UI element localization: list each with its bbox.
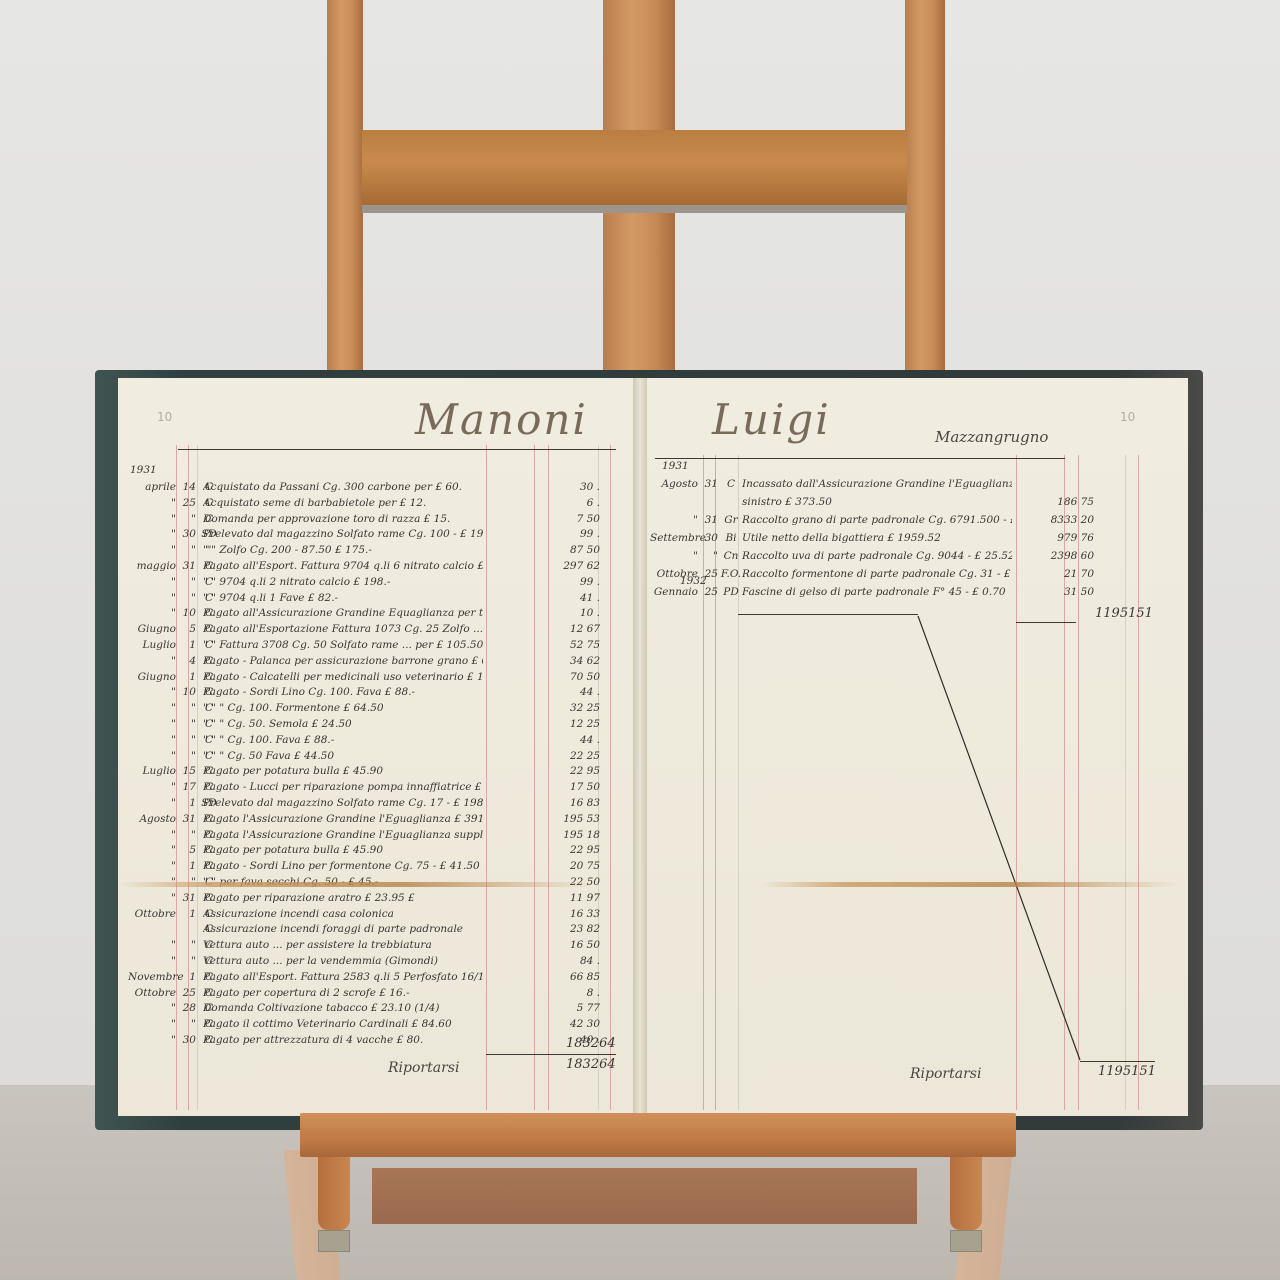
- entry-month: ": [128, 829, 176, 841]
- entry-desc: Raccolto grano di parte padronale Cg. 67…: [742, 514, 1012, 526]
- entry-desc: sinistro £ 373.50: [742, 496, 1012, 508]
- entry-amount: 8333 20: [1034, 514, 1094, 526]
- entry-desc: " " Zolfo Cg. 200 - 87.50 £ 175.-: [203, 544, 483, 556]
- entry-month: ": [128, 939, 176, 951]
- entry-day: 31: [178, 813, 196, 825]
- carry-rule: [1080, 1061, 1155, 1062]
- entry-desc: Pagato per potatura bulla £ 45.90: [203, 765, 483, 777]
- location-note: Mazzangrugno: [935, 428, 1048, 446]
- easel-crossbar-edge: [362, 205, 907, 213]
- entry-day: 25: [178, 987, 196, 999]
- entry-code: C: [720, 478, 742, 490]
- entry-month: ": [128, 955, 176, 967]
- entry-month: ": [128, 497, 176, 509]
- entry-desc: Pagato per riparazione aratro £ 23.95 £: [203, 892, 483, 904]
- entry-desc: Domanda per approvazione toro di razza £…: [203, 513, 483, 525]
- entry-day: 31: [700, 514, 718, 526]
- ruling-line: [486, 445, 487, 1110]
- water-stain: [760, 882, 1180, 887]
- entry-day: 30: [178, 1034, 196, 1046]
- entry-month: Ottobre: [128, 908, 176, 920]
- entry-desc: Raccolto formentone di parte padronale C…: [742, 568, 1012, 580]
- entry-desc: Pagato l'Assicurazione Grandine l'Eguagl…: [203, 813, 483, 825]
- entry-day: ": [178, 702, 196, 714]
- entry-month: ": [128, 592, 176, 604]
- entry-desc: Assicurazione incendi casa colonica: [203, 908, 483, 920]
- header-rule: [178, 449, 616, 450]
- entry-amount: 12 25: [540, 718, 600, 730]
- entry-day: 17: [178, 781, 196, 793]
- entry-desc: " " " Cg. 50 Fava £ 44.50: [203, 750, 483, 762]
- subtotal-rule: [1016, 622, 1076, 623]
- left-subtotal: 183264: [566, 1036, 616, 1051]
- entry-month: ": [650, 514, 698, 526]
- entry-desc: Pagato - Sordi Lino Cg. 100. Fava £ 88.-: [203, 686, 483, 698]
- entry-desc: Assicurazione incendi foraggi di parte p…: [203, 923, 483, 935]
- entry-day: 25: [700, 568, 718, 580]
- entry-amount: 22 95: [540, 844, 600, 856]
- entry-month: ": [128, 750, 176, 762]
- entry-desc: Pagato per copertura di 2 scrofe £ 16.-: [203, 987, 483, 999]
- entry-month: Ottobre: [650, 568, 698, 580]
- entry-amount: 44 .: [540, 686, 600, 698]
- entry-code: F.O.: [720, 568, 742, 580]
- subtotal-rule: [486, 1054, 616, 1055]
- entry-month: maggio: [128, 560, 176, 572]
- left-carry-total: 183264: [566, 1057, 616, 1072]
- entry-desc: Pagato all'Esport. Fattura 9704 q.li 6 n…: [203, 560, 483, 572]
- entry-day: 5: [178, 623, 196, 635]
- entry-day: 10: [178, 607, 196, 619]
- entry-desc: Pagato - Sordi Lino per formentone Cg. 7…: [203, 860, 483, 872]
- entry-month: Novembre: [128, 971, 176, 983]
- entry-day: ": [178, 955, 196, 967]
- entry-amount: 979 76: [1034, 532, 1094, 544]
- entry-desc: Domanda Coltivazione tabacco £ 23.10 (1/…: [203, 1002, 483, 1014]
- entry-day: 4: [178, 655, 196, 667]
- entry-desc: Pagato all'Esport. Fattura 2583 q.li 5 P…: [203, 971, 483, 983]
- entry-amount: 42 30: [540, 1018, 600, 1030]
- entry-month: ": [128, 544, 176, 556]
- entry-day: 1: [178, 971, 196, 983]
- entry-amount: 17 50: [540, 781, 600, 793]
- entry-code: Cn: [720, 550, 742, 562]
- entry-month: Gennaio: [650, 586, 698, 598]
- easel-left-hinge: [318, 1230, 350, 1252]
- entry-amount: 22 25: [540, 750, 600, 762]
- entry-month: ": [650, 550, 698, 562]
- entry-day: ": [178, 718, 196, 730]
- entry-day: 30: [700, 532, 718, 544]
- entry-month: Agosto: [128, 813, 176, 825]
- entry-amount: 99 .: [540, 528, 600, 540]
- left-page-number: 10: [157, 410, 172, 424]
- right-header-firstname: Luigi: [712, 395, 831, 444]
- entry-amount: 22 95: [540, 765, 600, 777]
- right-carry-total: 1195151: [1098, 1064, 1156, 1079]
- entry-day: 5: [178, 844, 196, 856]
- entry-amount: 186 75: [1034, 496, 1094, 508]
- entry-desc: Raccolto uva di parte padronale Cg. 9044…: [742, 550, 1012, 562]
- entry-desc: Pagato - Calcatelli per medicinali uso v…: [203, 671, 483, 683]
- entry-desc: " " Fattura 3708 Cg. 50 Solfato rame ...…: [203, 639, 483, 651]
- entry-desc: Acquistato da Passani Cg. 300 carbone pe…: [203, 481, 483, 493]
- ruling-line: [534, 445, 535, 1110]
- entry-amount: 87 50: [540, 544, 600, 556]
- left-carry-label: Riportarsi: [388, 1060, 459, 1076]
- entry-amount: 297 62: [540, 560, 600, 572]
- entry-day: 15: [178, 765, 196, 777]
- entry-day: ": [178, 592, 196, 604]
- entry-day: ": [700, 550, 718, 562]
- entry-amount: 32 25: [540, 702, 600, 714]
- entry-month: ": [128, 576, 176, 588]
- entry-day: ": [178, 750, 196, 762]
- entry-day: 31: [178, 892, 196, 904]
- ruling-line: [176, 445, 177, 1110]
- entry-day: ": [178, 829, 196, 841]
- entry-day: ": [178, 1018, 196, 1030]
- entry-amount: 20 75: [540, 860, 600, 872]
- right-carry-label: Riportarsi: [910, 1066, 981, 1082]
- entry-amount: 12 67: [540, 623, 600, 635]
- entry-desc: " " " Cg. 100. Formentone £ 64.50: [203, 702, 483, 714]
- easel-ledge: [300, 1113, 1016, 1157]
- easel-right-post: [905, 0, 945, 380]
- entry-month: aprile: [128, 481, 176, 493]
- closing-rule: [738, 614, 918, 615]
- entry-amount: 52 75: [540, 639, 600, 651]
- entry-amount: 2398 60: [1034, 550, 1094, 562]
- entry-month: ": [128, 513, 176, 525]
- entry-day: ": [178, 544, 196, 556]
- entry-month: ": [128, 892, 176, 904]
- entry-day: 31: [700, 478, 718, 490]
- entry-amount: 41 .: [540, 592, 600, 604]
- entry-desc: " " " Cg. 50. Semola £ 24.50: [203, 718, 483, 730]
- entry-day: 1: [178, 860, 196, 872]
- ruling-line: [610, 445, 611, 1110]
- entry-month: ": [128, 781, 176, 793]
- easel-left-post: [327, 0, 363, 380]
- entry-month: Luglio: [128, 765, 176, 777]
- entry-day: 25: [700, 586, 718, 598]
- easel-lower-bar: [372, 1168, 917, 1224]
- entry-month: ": [128, 844, 176, 856]
- entry-month: ": [128, 718, 176, 730]
- entry-desc: Utile netto della bigattiera £ 1959.52: [742, 532, 1012, 544]
- entry-desc: " " " Cg. 100. Fava £ 88.-: [203, 734, 483, 746]
- right-page-number: 10: [1120, 410, 1135, 424]
- entry-amount: 66 85: [540, 971, 600, 983]
- entry-month: ": [128, 860, 176, 872]
- entry-desc: Incassato dall'Assicurazione Grandine l'…: [742, 478, 1012, 490]
- easel-right-hinge: [950, 1230, 982, 1252]
- ruling-line: [1138, 455, 1139, 1110]
- easel-right-bracket: [950, 1155, 982, 1230]
- entry-month: ": [128, 1002, 176, 1014]
- entry-desc: Fascine di gelso di parte padronale F° 4…: [742, 586, 1012, 598]
- entry-day: 30: [178, 528, 196, 540]
- entry-desc: " " 9704 q.li 1 Fave £ 82.-: [203, 592, 483, 604]
- right-subtotal: 1195151: [1095, 606, 1153, 621]
- entry-day: 31: [178, 560, 196, 572]
- entry-amount: 21 70: [1034, 568, 1094, 580]
- entry-month: ": [128, 1034, 176, 1046]
- entry-month: Ottobre: [128, 987, 176, 999]
- entry-month: ": [128, 655, 176, 667]
- entry-amount: 11 97: [540, 892, 600, 904]
- entry-day: 25: [178, 497, 196, 509]
- entry-month: Agosto: [650, 478, 698, 490]
- entry-desc: Acquistato seme di barbabietole per £ 12…: [203, 497, 483, 509]
- entry-amount: 84 .: [540, 955, 600, 967]
- entry-desc: Pagato per potatura bulla £ 45.90: [203, 844, 483, 856]
- entry-amount: 7 50: [540, 513, 600, 525]
- entry-day: 1: [178, 639, 196, 651]
- entry-day: 1: [178, 671, 196, 683]
- entry-amount: 16 83: [540, 797, 600, 809]
- entry-desc: Pagato il cottimo Veterinario Cardinali …: [203, 1018, 483, 1030]
- entry-desc: Pagato - Lucci per riparazione pompa inn…: [203, 781, 483, 793]
- entry-desc: Pagato all'Esportazione Fattura 1073 Cg.…: [203, 623, 483, 635]
- entry-amount: 99 .: [540, 576, 600, 588]
- easel-left-bracket: [318, 1155, 350, 1230]
- entry-desc: Prelevato dal magazzino Solfato rame Cg.…: [203, 797, 483, 809]
- entry-desc: Vettura auto ... per assistere la trebbi…: [203, 939, 483, 951]
- ledger-spine: [633, 378, 647, 1116]
- entry-day: ": [178, 513, 196, 525]
- entry-code: Gr: [720, 514, 742, 526]
- entry-desc: Pagata l'Assicurazione Grandine l'Eguagl…: [203, 829, 483, 841]
- entry-day: 28: [178, 1002, 196, 1014]
- entry-month: ": [128, 797, 176, 809]
- header-rule: [655, 458, 1065, 459]
- entry-month: Giugno: [128, 623, 176, 635]
- entry-desc: Vettura auto ... per la vendemmia (Gimon…: [203, 955, 483, 967]
- entry-amount: 6 .: [540, 497, 600, 509]
- entry-day: ": [178, 576, 196, 588]
- entry-amount: 70 50: [540, 671, 600, 683]
- ruling-line: [1016, 455, 1017, 1110]
- entry-code: PD: [720, 586, 742, 598]
- entry-day: ": [178, 734, 196, 746]
- water-stain: [118, 882, 598, 887]
- entry-amount: 44 .: [540, 734, 600, 746]
- entry-month: ": [128, 686, 176, 698]
- entry-day: 10: [178, 686, 196, 698]
- entry-amount: 16 50: [540, 939, 600, 951]
- entry-amount: 23 82: [540, 923, 600, 935]
- entry-amount: 34 62: [540, 655, 600, 667]
- ruling-line: [1125, 455, 1126, 1110]
- entry-day: 14: [178, 481, 196, 493]
- entry-day: ": [178, 939, 196, 951]
- entry-month: ": [128, 607, 176, 619]
- entry-month: Luglio: [128, 639, 176, 651]
- entry-desc: Pagato all'Assicurazione Grandine Equagl…: [203, 607, 483, 619]
- entry-amount: 195 18: [540, 829, 600, 841]
- entry-desc: Pagato - Palanca per assicurazione barro…: [203, 655, 483, 667]
- entry-amount: 30 .: [540, 481, 600, 493]
- left-header-surname: Manoni: [415, 395, 588, 444]
- entry-amount: 31 50: [1034, 586, 1094, 598]
- entry-code: Bi: [720, 532, 742, 544]
- easel-crossbar: [362, 130, 907, 210]
- entry-desc: Prelevato dal magazzino Solfato rame Cg.…: [203, 528, 483, 540]
- entry-day: 1: [178, 797, 196, 809]
- entry-amount: 195 53: [540, 813, 600, 825]
- entry-month: Giugno: [128, 671, 176, 683]
- entry-amount: 10 .: [540, 607, 600, 619]
- entry-amount: 16 33: [540, 908, 600, 920]
- entry-month: Settembre: [650, 532, 698, 544]
- entry-desc: " " 9704 q.li 2 nitrato calcio £ 198.-: [203, 576, 483, 588]
- entry-amount: 5 77: [540, 1002, 600, 1014]
- entry-amount: 8 .: [540, 987, 600, 999]
- entry-month: ": [128, 528, 176, 540]
- entry-month: ": [128, 734, 176, 746]
- entry-month: ": [128, 1018, 176, 1030]
- entry-day: 1: [178, 908, 196, 920]
- entry-month: ": [128, 702, 176, 714]
- entry-desc: Pagato per attrezzatura di 4 vacche £ 80…: [203, 1034, 483, 1046]
